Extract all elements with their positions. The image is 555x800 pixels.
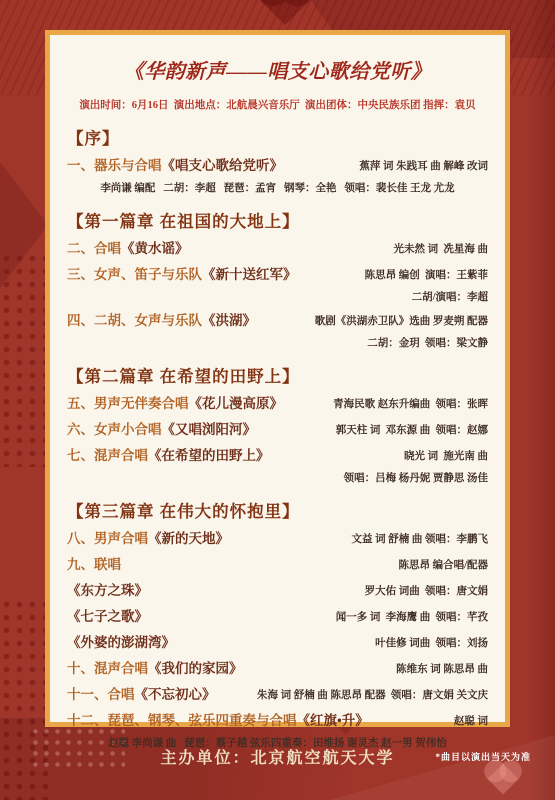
item-name: 四、二胡、女声与乐队《洪湖》 (67, 309, 256, 330)
item-credits: 陈思昂 编合唱/配器 (398, 557, 488, 572)
item-name: 一、器乐与合唱《唱支心歌给党听》 (67, 154, 283, 175)
item-song-title: 《七子之歌》 (67, 609, 148, 624)
item-song-title: 《又唱浏阳河》 (162, 422, 257, 437)
heart-icon (261, 0, 309, 25)
program-item: 九、联唱陈思昂 编合唱/配器 (67, 553, 488, 574)
item-number-label: 十二、琵琶、钢琴、弦乐四重奏与合唱 (67, 713, 297, 728)
program-item: 四、二胡、女声与乐队《洪湖》歌剧《洪湖赤卫队》选曲 罗麦朔 配器 (67, 309, 488, 330)
section-heading: 【第二篇章 在希望的田野上】 (67, 363, 488, 387)
program-section: 【序】一、器乐与合唱《唱支心歌给党听》蕉萍 词 朱践耳 曲 解峰 改词李尚谦 编… (67, 125, 488, 195)
item-number-label: 十一、合唱 (67, 687, 135, 702)
item-number-label: 十、混声合唱 (67, 661, 148, 676)
item-song-title: 《黄水谣》 (121, 241, 189, 256)
item-number-label: 六、女声小合唱 (67, 422, 162, 437)
program-item: 八、男声合唱《新的天地》文益 词 舒楠 曲 领唱：李鹏飞 (67, 527, 488, 548)
item-name: 五、男声无伴奏合唱《花儿漫高原》 (67, 392, 283, 413)
program-disclaimer-note: *曲目以演出当天为准 (435, 750, 531, 763)
left-triangle-decoration (0, 148, 48, 288)
program-item: 三、女声、笛子与乐队《新十送红军》陈思昂 编创 演唱：王紫菲 (67, 263, 488, 284)
item-number-label: 一、器乐与合唱 (67, 158, 162, 173)
item-credits: 光未然 词 冼星海 曲 (394, 241, 489, 256)
item-credits: 文益 词 舒楠 曲 领唱：李鹏飞 (352, 531, 489, 546)
program-list: 【序】一、器乐与合唱《唱支心歌给党听》蕉萍 词 朱践耳 曲 解峰 改词李尚谦 编… (67, 125, 488, 750)
item-credits: 闻一多 词 李海鹰 曲 领唱：芊孜 (336, 609, 488, 624)
item-song-title: 《我们的家园》 (148, 661, 243, 676)
section-heading: 【第三篇章 在伟大的怀抱里】 (67, 498, 488, 522)
item-sub-credits: 二胡/演唱：李超 (67, 289, 488, 304)
item-name: 六、女声小合唱《又唱浏阳河》 (67, 418, 256, 439)
item-song-title: 《洪湖》 (202, 313, 256, 328)
item-song-title: 《不忘初心》 (135, 687, 216, 702)
item-credits: 赵聪 词 (454, 713, 488, 728)
item-song-title: 《新的天地》 (148, 531, 229, 546)
item-credits: 朱海 词 舒楠 曲 陈思昂 配器 领唱：唐文娟 关文庆 (257, 687, 488, 702)
item-song-title: 《外婆的澎湖湾》 (67, 635, 175, 650)
performance-info: 演出时间：6月16日 演出地点：北航晨兴音乐厅 演出团体：中央民族乐团 指挥：袁… (67, 97, 488, 112)
program-item: 十、混声合唱《我们的家园》陈维东 词 陈思昂 曲 (67, 657, 488, 678)
section-heading: 【第一篇章 在祖国的大地上】 (67, 208, 488, 232)
program-item: 七、混声合唱《在希望的田野上》晓光 词 施光南 曲 (67, 444, 488, 465)
program-item: 一、器乐与合唱《唱支心歌给党听》蕉萍 词 朱践耳 曲 解峰 改词 (67, 154, 488, 175)
item-sub-credits: 领唱：吕梅 杨丹妮 贾静思 汤佳 (67, 470, 488, 485)
item-credits: 青海民歌 赵东升编曲 领唱：张晖 (333, 396, 488, 411)
heart-icon (487, 763, 518, 794)
dot-pattern-decoration (0, 598, 48, 800)
program-section: 【第二篇章 在希望的田野上】五、男声无伴奏合唱《花儿漫高原》青海民歌 赵东升编曲… (67, 363, 488, 485)
item-credits: 郭天柱 词 邓东源 曲 领唱：赵娜 (336, 422, 488, 437)
item-name: 《外婆的澎湖湾》 (67, 631, 175, 652)
item-song-title: 《红旗•升》 (297, 713, 369, 728)
item-song-title: 《在希望的田野上》 (148, 448, 270, 463)
program-item: 十一、合唱《不忘初心》朱海 词 舒楠 曲 陈思昂 配器 领唱：唐文娟 关文庆 (67, 683, 488, 704)
item-credits: 陈维东 词 陈思昂 曲 (396, 661, 488, 676)
concert-program-poster: 《华韵新声——唱支心歌给党听》 演出时间：6月16日 演出地点：北航晨兴音乐厅 … (0, 0, 555, 800)
program-item: 六、女声小合唱《又唱浏阳河》郭天柱 词 邓东源 曲 领唱：赵娜 (67, 418, 488, 439)
section-heading: 【序】 (67, 125, 488, 149)
item-number-label: 八、男声合唱 (67, 531, 148, 546)
item-number-label: 二、合唱 (67, 241, 121, 256)
item-credits: 歌剧《洪湖赤卫队》选曲 罗麦朔 配器 (315, 313, 488, 328)
right-shade-decoration (529, 0, 555, 800)
program-item: 五、男声无伴奏合唱《花儿漫高原》青海民歌 赵东升编曲 领唱：张晖 (67, 392, 488, 413)
item-name: 十一、合唱《不忘初心》 (67, 683, 216, 704)
program-item: 《外婆的澎湖湾》叶佳修 词曲 领唱：刘扬 (67, 631, 488, 652)
dot-pattern-decoration (0, 252, 48, 467)
item-song-title: 《东方之珠》 (67, 583, 148, 598)
program-item: 二、合唱《黄水谣》光未然 词 冼星海 曲 (67, 237, 488, 258)
program-section: 【第一篇章 在祖国的大地上】二、合唱《黄水谣》光未然 词 冼星海 曲三、女声、笛… (67, 208, 488, 350)
item-name: 十、混声合唱《我们的家园》 (67, 657, 243, 678)
item-song-title: 《新十送红军》 (202, 267, 297, 282)
item-name: 《东方之珠》 (67, 579, 148, 600)
program-item: 《七子之歌》闻一多 词 李海鹰 曲 领唱：芊孜 (67, 605, 488, 626)
item-credits: 罗大佑 词曲 领唱：唐文娟 (365, 583, 488, 598)
item-credits: 陈思昂 编创 演唱：王紫菲 (365, 267, 488, 282)
item-number-label: 四、二胡、女声与乐队 (67, 313, 202, 328)
program-section: 【第三篇章 在伟大的怀抱里】八、男声合唱《新的天地》文益 词 舒楠 曲 领唱：李… (67, 498, 488, 750)
item-number-label: 三、女声、笛子与乐队 (67, 267, 202, 282)
item-number-label: 五、男声无伴奏合唱 (67, 396, 189, 411)
item-name: 九、联唱 (67, 553, 121, 574)
item-name: 八、男声合唱《新的天地》 (67, 527, 229, 548)
program-card: 《华韵新声——唱支心歌给党听》 演出时间：6月16日 演出地点：北航晨兴音乐厅 … (45, 30, 510, 727)
item-number-label: 七、混声合唱 (67, 448, 148, 463)
item-sub-credits: 李尚谦 编配 二胡：李超 琵琶：孟宵 钢琴：全艳 领唱：裴长佳 王龙 尤龙 (67, 180, 488, 195)
poster-title: 《华韵新声——唱支心歌给党听》 (67, 55, 488, 84)
item-name: 二、合唱《黄水谣》 (67, 237, 189, 258)
item-credits: 叶佳修 词曲 领唱：刘扬 (375, 635, 488, 650)
item-credits: 晓光 词 施光南 曲 (404, 448, 488, 463)
item-name: 《七子之歌》 (67, 605, 148, 626)
item-number-label: 九、联唱 (67, 557, 121, 572)
item-song-title: 《花儿漫高原》 (189, 396, 284, 411)
item-sub-credits: 二胡：金玥 领唱：梁文静 (67, 335, 488, 350)
item-credits: 蕉萍 词 朱践耳 曲 解峰 改词 (359, 158, 488, 173)
item-song-title: 《唱支心歌给党听》 (162, 158, 284, 173)
item-name: 十二、琵琶、钢琴、弦乐四重奏与合唱《红旗•升》 (67, 709, 369, 730)
program-item: 《东方之珠》罗大佑 词曲 领唱：唐文娟 (67, 579, 488, 600)
item-name: 三、女声、笛子与乐队《新十送红军》 (67, 263, 297, 284)
item-name: 七、混声合唱《在希望的田野上》 (67, 444, 270, 465)
program-item: 十二、琵琶、钢琴、弦乐四重奏与合唱《红旗•升》赵聪 词 (67, 709, 488, 730)
